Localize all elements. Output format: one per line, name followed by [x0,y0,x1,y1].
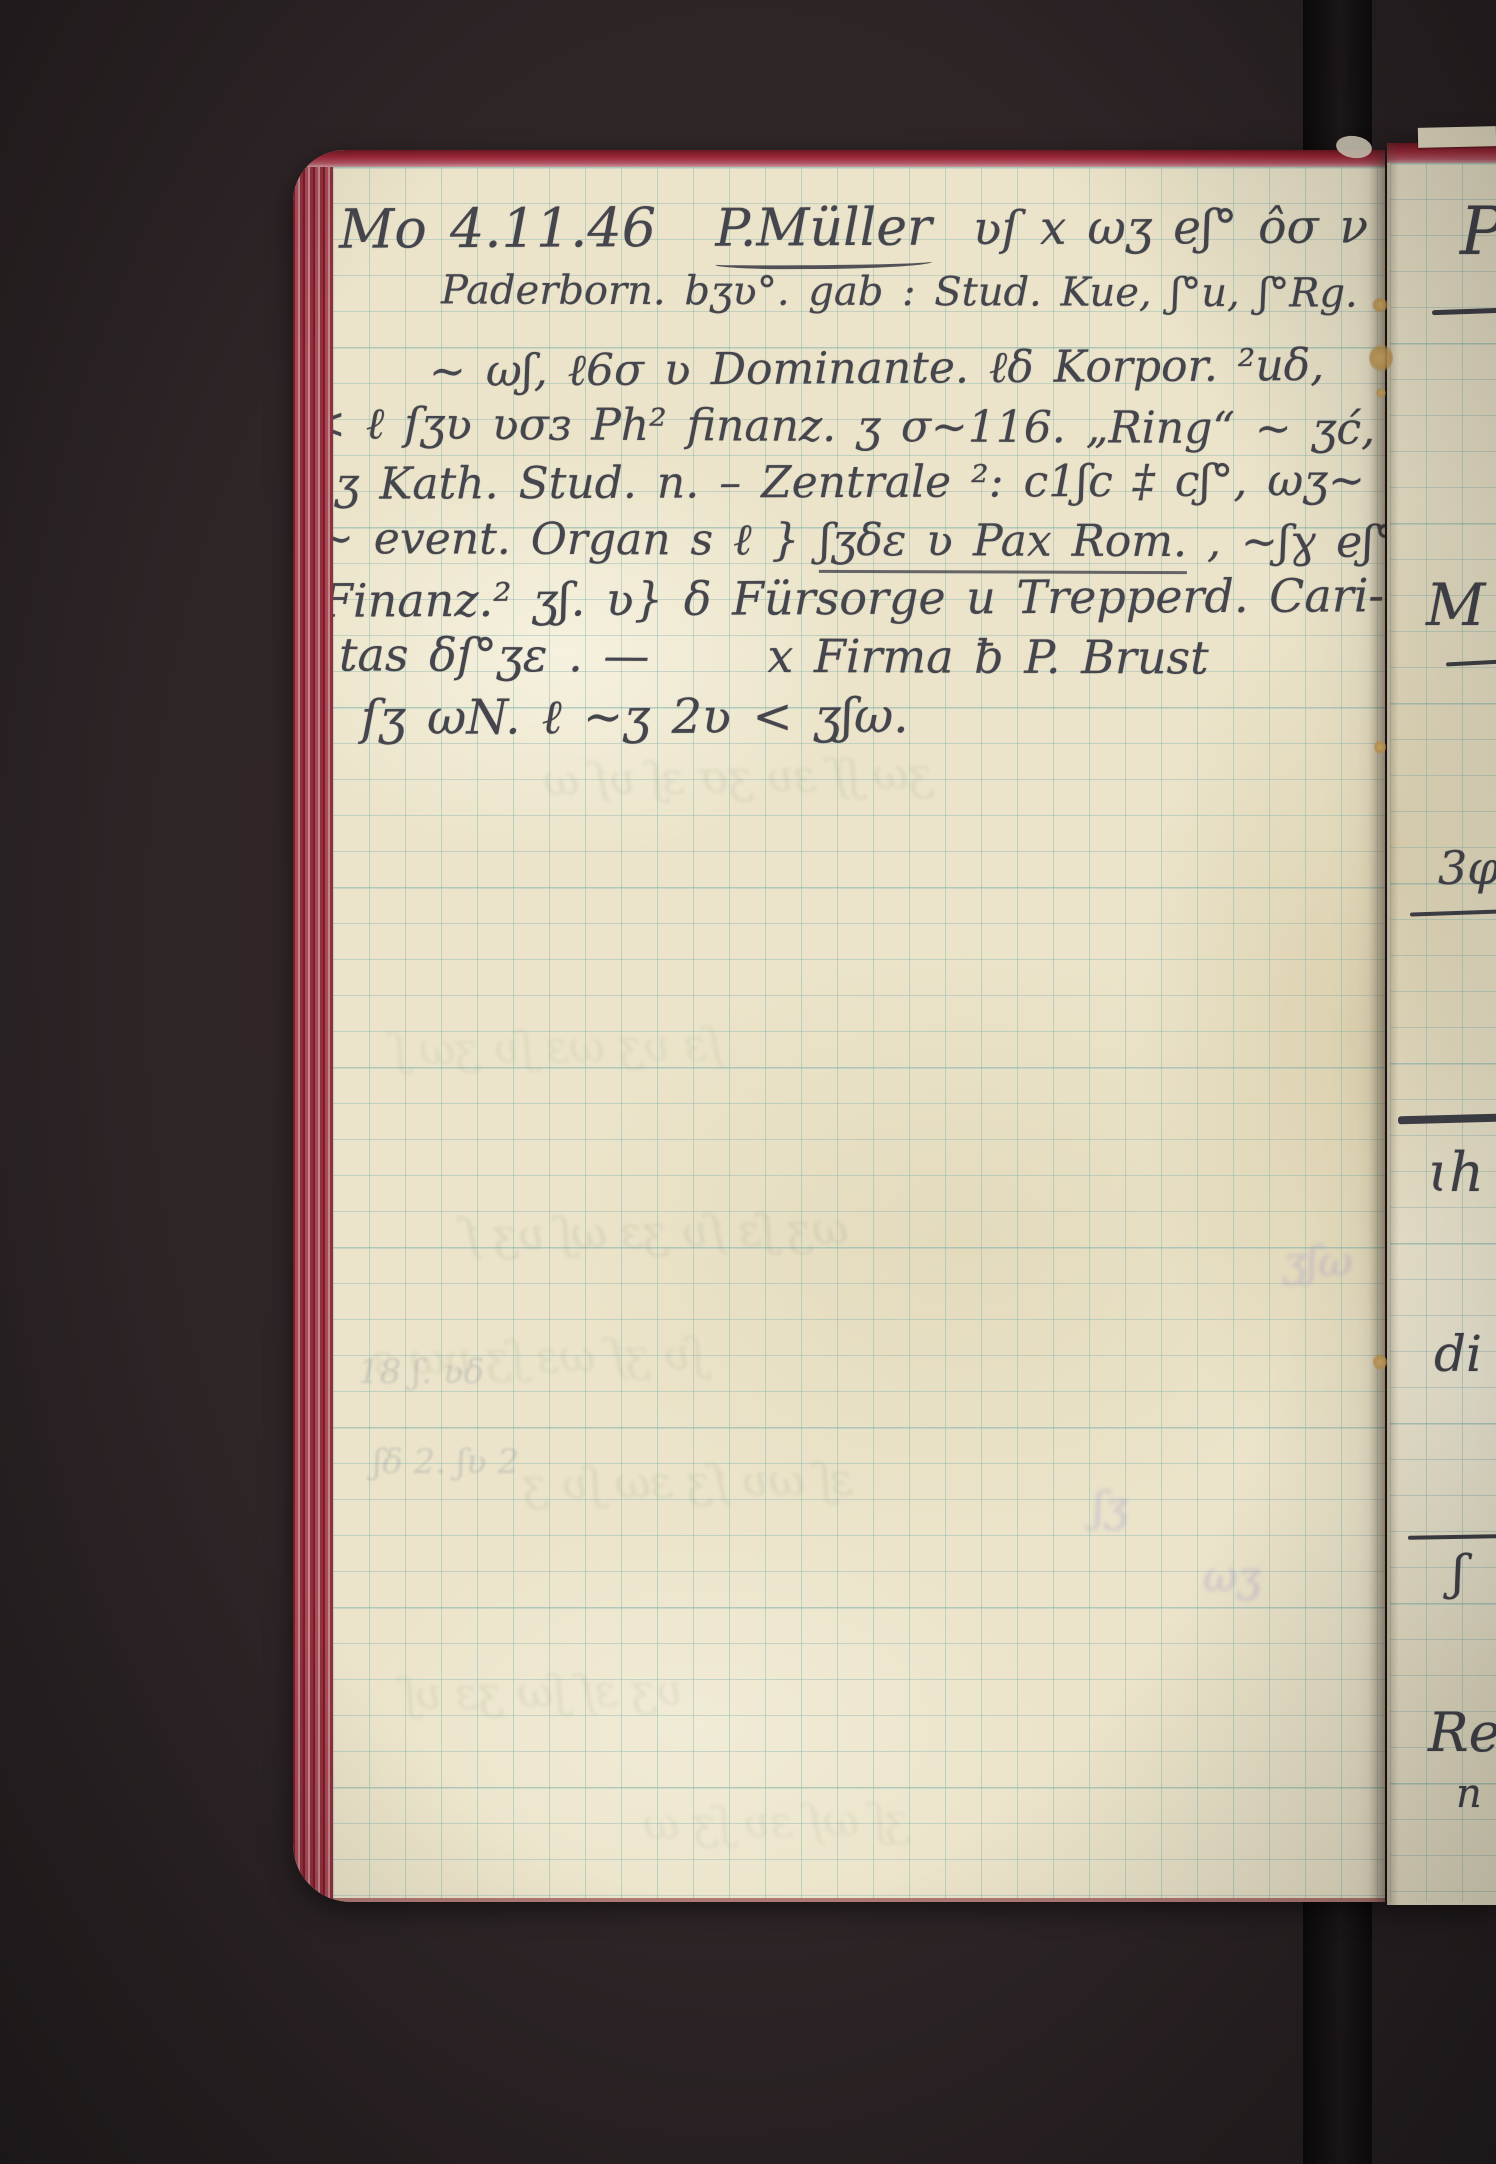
purple-smudge: ωʒ [1203,1552,1261,1601]
faint-pencil-mark: ʃδ 2. ʃʋ 2 [373,1442,519,1482]
right-page-paper: P M 3φ ɩh di ʃ Re n [1390,163,1496,1902]
stain [1373,1354,1387,1370]
fragment-di: di [1434,1325,1482,1383]
fragment-s: ʃ [1452,1545,1465,1601]
faint-pencil-mark: 18 ʃ. ʋδ [358,1352,484,1392]
line8-post: x Firma ƀ P. Brust [767,629,1208,685]
line6-pre: ~ event. Organ s ℓ } [317,513,820,566]
line8-pre: tas δſ°ʒɛ . — [339,627,650,682]
fragment-3: 3φ [1438,841,1496,895]
purple-smudge: ʃʒ [1093,1482,1128,1531]
handwriting-line-2: Paderborn. bʒʋ°. gab : Stud. Kue, ʃ°u, ʃ… [441,267,1358,316]
notebook-photo: ʒω ʃſ ɜʋ ʒσ ɜʃ ʋſ ω ſɜ ʋʒ ωɜ ʃʋ ʒω ʃ ωʒ … [0,0,1496,2164]
stain [1376,388,1386,398]
squared-grid [1390,163,1496,1902]
ghost-writing: ωʒ ʃɜ ſʋ ʒɜ ωʃ ʋʒ ſ [463,1204,849,1262]
purple-smudge: ʒʃω [1283,1237,1352,1286]
fragment-h: ɩh [1428,1141,1484,1204]
red-page-edge-top [293,150,1385,167]
line6-post: , ~ʃɣ eʃ°. [1187,516,1385,568]
left-page: ʒω ʃſ ɜʋ ʒσ ɜʃ ʋſ ω ſɜ ʋʒ ωɜ ʃʋ ʒω ʃ ωʒ … [293,150,1385,1902]
red-page-edge-bottom [293,1898,1385,1902]
handwriting-line-4: < ℓ ſʒʋ ʋσɜ Ph² finanz. ʒ σ~116. „Ring“ … [309,398,1375,455]
shorthand-tail: ʋſ x ωʒ eʃ° ôσ ν [973,199,1368,256]
handwriting-line-1: Mo 4.11.46 P.Müller ʋſ x ωʒ eʃ° ôσ ν [339,192,1368,260]
paper-sliver [1418,126,1496,148]
handwriting-line-6: ~ event. Organ s ℓ } ʃʒδɛ ʋ Pax Rom. , ~… [317,513,1385,568]
underlined-name: P.Müller [715,198,932,270]
handwriting-line-3: ~ ωʃ, ℓ6σ ʋ Dominante. ℓδ Korpor. ²uδ, [429,340,1325,397]
handwriting-line-9: ſʒ ωN. ℓ ~ʒ 2ʋ < ʒʃω. [361,688,909,746]
right-page: P M 3φ ɩh di ʃ Re n [1387,143,1496,1905]
stain [1369,344,1393,372]
date-heading: Mo 4.11.46 [339,196,656,261]
gutter-crease-right [1387,143,1399,1905]
ghost-writing: ʒʃ ωſ ɜʋ ʃʒ ω [643,1795,911,1851]
gutter-crease-left [1369,150,1385,1902]
fragment-n: n [1456,1771,1482,1817]
ghost-writing: ɜʃ ωʋ ſʒ ɜω ʃʋ ʒ [523,1454,854,1511]
stain [1374,740,1386,754]
fragment-re: Re [1428,1701,1496,1764]
ghost-writing: ʒω ʃſ ɜʋ ʒσ ɜʃ ʋſ ω [543,749,934,807]
ghost-writing: ʋʒ ɜſ ʃω ʒɜ ʋʃ [403,1665,684,1721]
red-page-edges-left [293,150,333,1902]
fragment-m: M [1426,571,1485,639]
stain [1372,298,1388,312]
fragment-header-letter: P [1460,193,1496,270]
handwriting-line-5: ɛʒ Kath. Stud. n. – Zentrale ²: c1ʃc ‡ c… [311,455,1365,510]
handwriting-line-8: tas δſ°ʒɛ . —x Firma ƀ P. Brust [339,627,1209,684]
underlined-pax-rom: ʃʒδɛ ʋ Pax Rom. [819,515,1187,574]
handwriting-line-7: Finanz.² ʒʃ. ʋ} δ Fürsorge u Trepperd. C… [321,568,1384,628]
ghost-writing: ſɜ ʋʒ ωɜ ʃʋ ʒω ʃ [393,1019,724,1076]
left-page-paper: ʒω ʃſ ɜʋ ʒσ ɜʃ ʋſ ω ſɜ ʋʒ ωɜ ʃʋ ʒω ʃ ωʒ … [333,167,1385,1899]
